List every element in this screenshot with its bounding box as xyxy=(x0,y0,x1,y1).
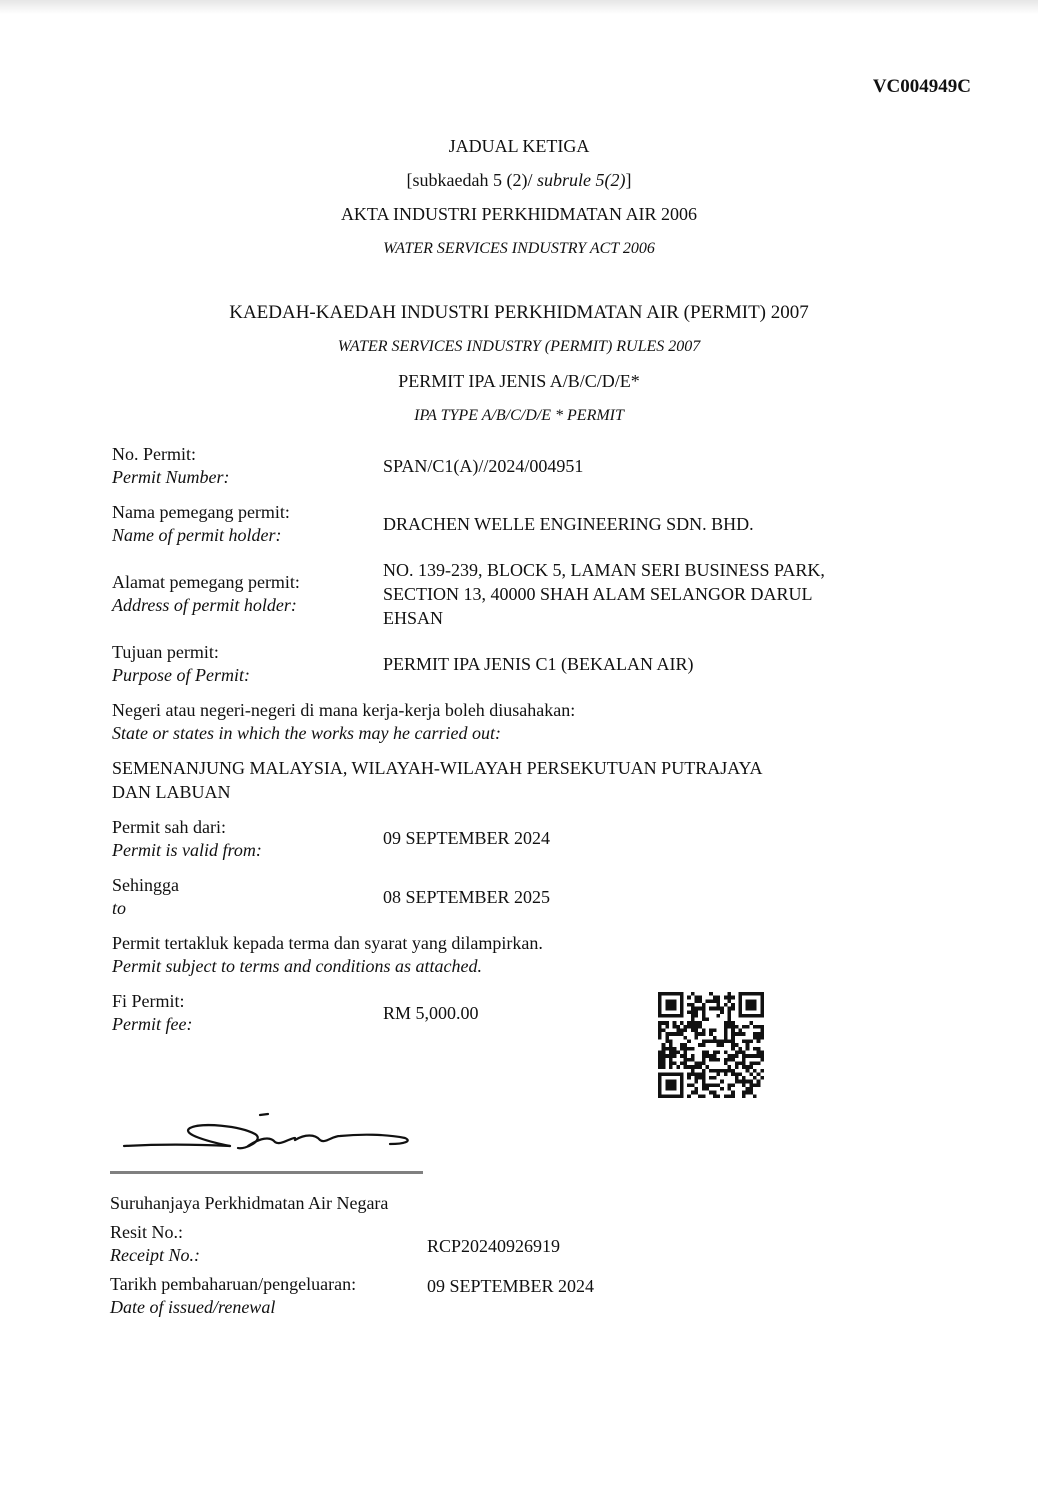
permit-number-label-ms: No. Permit: xyxy=(112,443,229,466)
subrule-reference: [subkaedah 5 (2)/ subrule 5(2)] xyxy=(0,170,1038,191)
signature-line xyxy=(110,1171,423,1174)
holder-name-label-ms: Nama pemegang permit: xyxy=(112,501,290,524)
fee-label-en: Permit fee: xyxy=(112,1013,192,1036)
issue-date-label-en: Date of issued/renewal xyxy=(110,1296,356,1319)
subrule-close: ] xyxy=(625,170,631,190)
permit-type-en: IPA TYPE A/B/C/D/E * PERMIT xyxy=(0,407,1038,425)
subrule-en: subrule 5(2) xyxy=(537,170,626,190)
states-label: Negeri atau negeri-negeri di mana kerja-… xyxy=(112,699,575,745)
fee-label: Fi Permit: Permit fee: xyxy=(112,990,192,1036)
address-line: EHSAN xyxy=(383,606,825,630)
act-title-ms: AKTA INDUSTRI PERKHIDMATAN AIR 2006 xyxy=(0,204,1038,225)
address-line: SECTION 13, 40000 SHAH ALAM SELANGOR DAR… xyxy=(383,582,825,606)
issue-date-label: Tarikh pembaharuan/pengeluaran: Date of … xyxy=(110,1273,356,1319)
terms-text-en: Permit subject to terms and conditions a… xyxy=(112,955,543,978)
holder-address-label-en: Address of permit holder: xyxy=(112,594,300,617)
purpose-label-ms: Tujuan permit: xyxy=(112,641,250,664)
receipt-label-en: Receipt No.: xyxy=(110,1244,200,1267)
permit-number-value: SPAN/C1(A)//2024/004951 xyxy=(383,454,583,478)
qr-code-icon xyxy=(657,992,765,1098)
document-code: VC004949C xyxy=(873,76,971,98)
page-top-shadow xyxy=(0,0,1038,14)
receipt-label-ms: Resit No.: xyxy=(110,1221,200,1244)
states-line: SEMENANJUNG MALAYSIA, WILAYAH-WILAYAH PE… xyxy=(112,756,763,780)
valid-to-label-en: to xyxy=(112,897,179,920)
permit-number-label: No. Permit: Permit Number: xyxy=(112,443,229,489)
valid-from-label-ms: Permit sah dari: xyxy=(112,816,262,839)
permit-number-label-en: Permit Number: xyxy=(112,466,229,489)
issue-date-label-ms: Tarikh pembaharuan/pengeluaran: xyxy=(110,1273,356,1296)
states-label-en: State or states in which the works may h… xyxy=(112,722,575,745)
permit-type-ms: PERMIT IPA JENIS A/B/C/D/E* xyxy=(0,371,1038,392)
holder-address-label-ms: Alamat pemegang permit: xyxy=(112,571,300,594)
purpose-label: Tujuan permit: Purpose of Permit: xyxy=(112,641,250,687)
schedule-title: JADUAL KETIGA xyxy=(0,136,1038,157)
valid-to-value: 08 SEPTEMBER 2025 xyxy=(383,885,550,909)
valid-to-label: Sehingga to xyxy=(112,874,179,920)
fee-label-ms: Fi Permit: xyxy=(112,990,192,1013)
issuer-name: Suruhanjaya Perkhidmatan Air Negara xyxy=(110,1191,388,1215)
terms-text-ms: Permit tertakluk kepada terma dan syarat… xyxy=(112,932,543,955)
holder-name-value: DRACHEN WELLE ENGINEERING SDN. BHD. xyxy=(383,512,754,536)
address-line: NO. 139-239, BLOCK 5, LAMAN SERI BUSINES… xyxy=(383,558,825,582)
receipt-label: Resit No.: Receipt No.: xyxy=(110,1221,200,1267)
valid-from-value: 09 SEPTEMBER 2024 xyxy=(383,826,550,850)
holder-address-value: NO. 139-239, BLOCK 5, LAMAN SERI BUSINES… xyxy=(383,558,825,630)
terms-text: Permit tertakluk kepada terma dan syarat… xyxy=(112,932,543,978)
purpose-value: PERMIT IPA JENIS C1 (BEKALAN AIR) xyxy=(383,652,694,676)
subrule-ms: [subkaedah 5 (2)/ xyxy=(407,170,537,190)
purpose-label-en: Purpose of Permit: xyxy=(112,664,250,687)
fee-value: RM 5,000.00 xyxy=(383,1001,479,1025)
signature-image xyxy=(120,1108,415,1156)
valid-to-label-ms: Sehingga xyxy=(112,874,179,897)
states-label-ms: Negeri atau negeri-negeri di mana kerja-… xyxy=(112,699,575,722)
act-title-en: WATER SERVICES INDUSTRY ACT 2006 xyxy=(0,240,1038,258)
receipt-value: RCP20240926919 xyxy=(427,1234,560,1258)
rules-title-en: WATER SERVICES INDUSTRY (PERMIT) RULES 2… xyxy=(0,338,1038,356)
holder-address-label: Alamat pemegang permit: Address of permi… xyxy=(112,571,300,617)
issue-date-value: 09 SEPTEMBER 2024 xyxy=(427,1274,594,1298)
valid-from-label: Permit sah dari: Permit is valid from: xyxy=(112,816,262,862)
valid-from-label-en: Permit is valid from: xyxy=(112,839,262,862)
holder-name-label-en: Name of permit holder: xyxy=(112,524,290,547)
rules-title-ms: KAEDAH-KAEDAH INDUSTRI PERKHIDMATAN AIR … xyxy=(0,302,1038,324)
states-value: SEMENANJUNG MALAYSIA, WILAYAH-WILAYAH PE… xyxy=(112,756,763,804)
holder-name-label: Nama pemegang permit: Name of permit hol… xyxy=(112,501,290,547)
states-line: DAN LABUAN xyxy=(112,780,763,804)
